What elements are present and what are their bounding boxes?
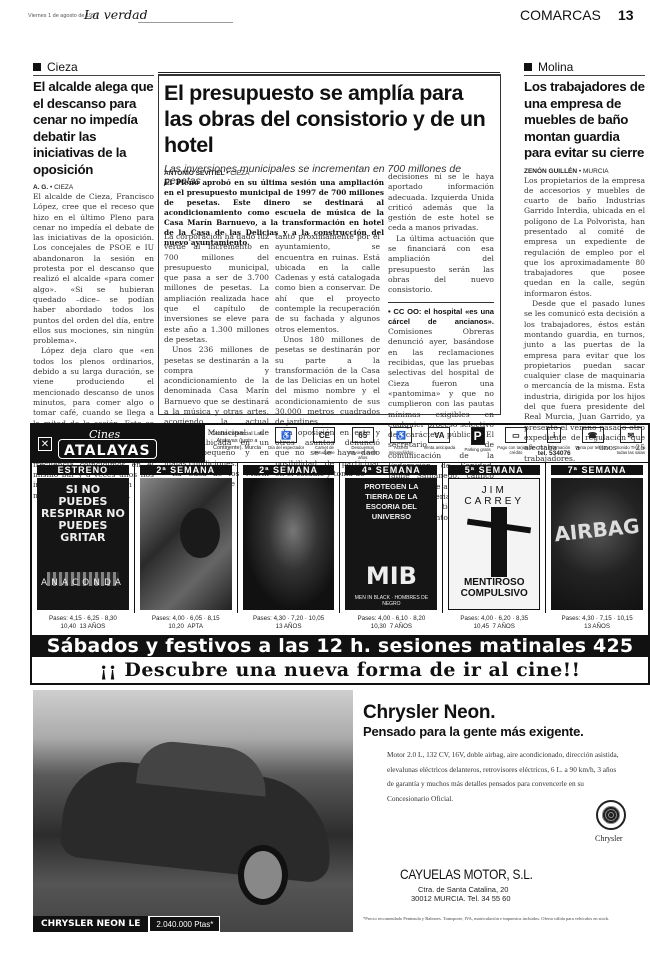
cinema-services: ♿Día del espectador CECarnet de Estudian…: [267, 427, 650, 461]
film-times: Pases: 4,30 · 7,20 · 10,05 13 AÑOS: [238, 615, 340, 631]
cinema-logo: ✕ Cines ATALAYAS: [32, 425, 205, 463]
car-ad-description: Motor 2.0 L, 132 CV, 16V, doble airbag, …: [387, 748, 619, 806]
car-model-label: CHRYSLER NEON LE 2.040.000 Ptas*: [33, 916, 220, 932]
film-times: Pases: 4,00 · 6,20 · 8,35 10,45 7 AÑOS: [443, 615, 545, 631]
wheelchair-icon: ♿: [275, 427, 297, 443]
right-article: Molina Los trabajadores de una empresa d…: [524, 60, 645, 464]
chrysler-seal-icon: [602, 806, 620, 824]
parking-icon: P: [471, 427, 485, 445]
square-bullet-icon: [524, 63, 532, 71]
film-card[interactable]: 7ª SEMANA AIRBAG Pases: 4,30 · 7,15 · 10…: [546, 463, 648, 613]
car-ad-footnote: *Precio recomendado Península y Baleares…: [363, 916, 643, 922]
accessibility-icon: ♿: [390, 427, 412, 443]
main-byline: ANTONIO SEVITIEL • CIEZA: [164, 170, 384, 177]
chrysler-logo: [596, 800, 626, 830]
dealer-address: Ctra. de Santa Catalina, 20: [418, 885, 508, 894]
right-headline: Los trabajadores de una empresa de muebl…: [524, 79, 645, 162]
top-rule: [158, 72, 500, 73]
service-student-card: CECarnet de Estudiante: [305, 427, 343, 461]
service-accessibility: ♿Acceso minusválidos: [382, 427, 420, 461]
film-times: Pases: 4,30 · 7,15 · 10,15 13 AÑOS: [546, 615, 648, 631]
main-headline: El presupuesto se amplía para las obras …: [164, 80, 496, 158]
sidebar-divider: [388, 302, 494, 303]
info-icon: i: [547, 427, 561, 443]
service-day-spectator: ♿Día del espectador: [267, 427, 305, 461]
car-ad-title: Chrysler Neon.: [363, 702, 495, 724]
car-photo: CHRYSLER NEON LE 2.040.000 Ptas*: [33, 690, 353, 932]
film-poster: SI NO PUEDES RESPIRAR NO PUEDES GRITAR A…: [37, 478, 129, 610]
section-label-cieza: Cieza: [33, 60, 154, 76]
advance-sale-icon: VA: [428, 427, 450, 443]
info-phone: tel. 534076: [538, 450, 571, 457]
page-number: 13: [618, 7, 634, 23]
student-card-icon: CE: [313, 427, 335, 443]
section-title: COMARCAS: [520, 7, 601, 23]
service-parking: PParking gratis: [458, 427, 496, 461]
film-times: Pases: 4,00 · 6,05 · 8,15 10,20 APTA: [135, 615, 237, 631]
film-card[interactable]: 5ª SEMANA JIM CARREY MENTIROSO COMPULSIV…: [443, 463, 546, 613]
sidebar-bold-lead: • CC OO: el hospital «es una cárcel de a…: [388, 307, 494, 326]
masthead-rule: [138, 22, 233, 23]
dealer-name: CAYUELAS MOTOR, S.L.: [400, 866, 533, 882]
service-info: i24 h Informacióntel. 534076: [535, 427, 573, 461]
phone-booking-icon: ☎: [582, 427, 604, 443]
chrysler-logo-text: Chrysler: [595, 834, 623, 843]
left-byline: A. G. • CIEZA: [33, 184, 154, 191]
film-poster: [140, 478, 232, 610]
film-card[interactable]: 2ª SEMANA Pases: 4,30 · 7,20 · 10,05 13 …: [238, 463, 341, 613]
right-body: Los propietarios de la empresa de acceso…: [524, 176, 645, 464]
film-card[interactable]: 2ª SEMANA Pases: 4,00 · 6,05 · 8,15 10,2…: [135, 463, 238, 613]
sound-icon: ✉: [620, 427, 642, 443]
film-week: 7ª SEMANA: [551, 465, 643, 475]
square-bullet-icon: [33, 63, 41, 71]
film-poster: PROTEGEN LA TIERRA DE LA ESCORIA DEL UNI…: [345, 478, 437, 610]
film-week: 5ª SEMANA: [448, 465, 540, 475]
left-headline: El alcalde alega que el descanso para ce…: [33, 79, 154, 178]
service-sound: ✉Sonido THX en todas las salas: [612, 427, 650, 461]
service-credit-card: ▭Pago con tarjeta de crédito: [497, 427, 535, 461]
film-week: 2ª SEMANA: [140, 465, 232, 475]
film-card[interactable]: ESTRENO SI NO PUEDES RESPIRAR NO PUEDES …: [32, 463, 135, 613]
cinema-brand-icon: ✕: [38, 437, 52, 451]
senior-discount-icon: 65: [352, 427, 374, 443]
film-times: Pases: 4,00 · 6,10 · 8,20 10,30 7 AÑOS: [340, 615, 442, 631]
masthead-paper-logo: La verdad: [84, 7, 148, 22]
cinema-brand: ATALAYAS: [64, 443, 151, 459]
film-week: 4ª SEMANA: [345, 465, 437, 475]
film-week: ESTRENO: [37, 465, 129, 475]
film-times: Pases: 4,15 · 6,25 · 8,30 10,40 13 AÑOS: [32, 615, 134, 631]
dealer-phone: 30012 MURCIA. Tel. 34 55 60: [411, 894, 511, 903]
film-listings: ESTRENO SI NO PUEDES RESPIRAR NO PUEDES …: [32, 463, 648, 613]
cinema-ad: ✕ Cines ATALAYAS Centro comercial Las At…: [30, 423, 650, 685]
film-poster: JIM CARREY MENTIROSO COMPULSIVO: [448, 478, 540, 610]
masthead: Viernes 1 de agosto de 1997 La verdad CO…: [28, 7, 648, 27]
service-phone-sale: ☎Venta por teléfono: [573, 427, 611, 461]
credit-card-icon: ▭: [505, 427, 527, 443]
car-ad: CHRYSLER NEON LE 2.040.000 Ptas* Chrysle…: [30, 690, 650, 935]
car-wheel-shape: [238, 845, 288, 905]
service-senior-discount: 65Descuentos mayores de 65 años: [344, 427, 382, 461]
cinema-slogan: ¡¡ Descubre una nueva forma de ir al cin…: [32, 657, 648, 683]
film-poster: AIRBAG: [551, 478, 643, 610]
section-label-molina: Molina: [524, 60, 645, 76]
film-card[interactable]: 4ª SEMANA PROTEGEN LA TIERRA DE LA ESCOR…: [340, 463, 443, 613]
film-poster: [243, 478, 335, 610]
film-week: 2ª SEMANA: [243, 465, 335, 475]
cinema-location: Centro comercial Las Atalayas (junto a C…: [208, 431, 266, 452]
service-advance-sale: VAVenta anticipada: [420, 427, 458, 461]
cinema-brand-top: Cines: [89, 428, 120, 441]
matinal-banner: Sábados y festivos a las 12 h. sesiones …: [32, 635, 648, 657]
car-ad-tagline: Pensado para la gente más exigente.: [363, 724, 584, 739]
car-price: 2.040.000 Ptas*: [149, 916, 220, 932]
right-byline: ZENÓN GUILLÉN • MURCIA: [524, 168, 645, 175]
